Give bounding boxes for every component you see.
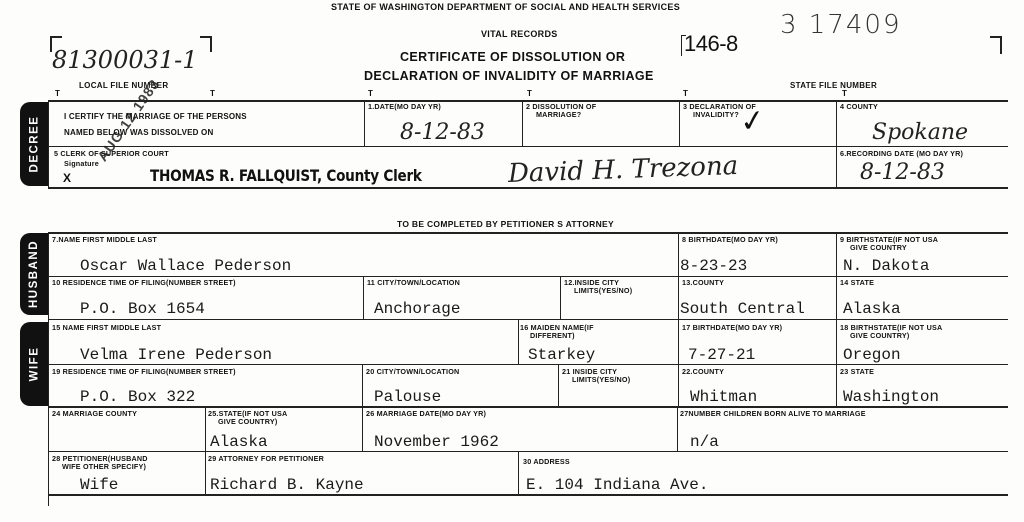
- local-file-number-value: 81300031-1: [52, 46, 198, 74]
- state-file-bracket-right: [990, 36, 1002, 54]
- state-file-number-label: STATE FILE NUMBER: [790, 81, 877, 90]
- decree-section-tab: DECREE: [20, 102, 48, 186]
- husband-city-label: 11 CITY/TOWN/LOCATION: [367, 279, 460, 287]
- divider: [836, 100, 837, 188]
- marriage-state-label: 25.STATE(IF NOT USA GIVE COUNTRY): [208, 410, 287, 425]
- wife-maiden-value[interactable]: Starkey: [528, 346, 595, 364]
- decree-tab-label: DECREE: [28, 116, 40, 173]
- wife-county-value[interactable]: Whitman: [690, 388, 757, 406]
- form-title-line1: CERTIFICATE OF DISSOLUTION OR: [400, 50, 625, 64]
- divider: [48, 276, 1008, 277]
- attorney-value[interactable]: Richard B. Kayne: [210, 476, 364, 494]
- divider: [48, 406, 1008, 408]
- divider: [678, 232, 679, 320]
- wife-city-label: 20 CITY/TOWN/LOCATION: [366, 368, 459, 376]
- husband-birthstate-value[interactable]: N. Dakota: [843, 257, 929, 275]
- husband-residence-label: 10 RESIDENCE TIME OF FILING(NUMBER STREE…: [52, 279, 236, 287]
- signature-label: Signature: [64, 160, 99, 168]
- tick-mark: T: [368, 89, 373, 98]
- clerk-typed-name: THOMAS R. FALLQUIST, County Clerk: [150, 166, 422, 185]
- husband-birthdate-label: 8 BIRTHDATE(MO DAY YR): [682, 236, 778, 244]
- husband-county-value[interactable]: South Central: [680, 300, 805, 318]
- certify-text-line1: I CERTIFY THE MARRIAGE OF THE PERSONS: [64, 113, 247, 121]
- divider: [677, 406, 678, 452]
- divider: [48, 494, 1008, 496]
- state-file-number-value: 3 17409: [780, 10, 902, 40]
- divider: [48, 364, 1008, 365]
- signature-x-mark: X: [63, 171, 71, 185]
- husband-birthdate-value[interactable]: 8-23-23: [680, 257, 747, 275]
- tick-mark: T: [210, 89, 215, 98]
- wife-birthdate-value[interactable]: 7-27-21: [688, 346, 755, 364]
- dissolution-date-label: 1.DATE(MO DAY YR): [368, 103, 441, 111]
- husband-birthstate-label: 9 BIRTHSTATE(IF NOT USA GIVE COUNTRY: [840, 236, 938, 251]
- wife-state-label: 23 STATE: [840, 368, 874, 376]
- tick-mark: T: [683, 89, 688, 98]
- husband-state-label: 14 STATE: [840, 279, 874, 287]
- address-value[interactable]: E. 104 Indiana Ave.: [526, 476, 708, 494]
- husband-section-tab: HUSBAND: [20, 233, 48, 315]
- decree-county-label: 4 COUNTY: [840, 103, 878, 111]
- wife-state-value[interactable]: Washington: [843, 388, 939, 406]
- wife-name-label: 15 NAME FIRST MIDDLE LAST: [52, 324, 161, 332]
- divider: [48, 100, 49, 188]
- petitioner-value[interactable]: Wife: [80, 476, 118, 494]
- husband-city-value[interactable]: Anchorage: [374, 300, 460, 318]
- marriage-county-label: 24 MARRIAGE COUNTY: [52, 410, 137, 418]
- form-number: 146-8: [684, 31, 738, 57]
- department-heading: STATE OF WASHINGTON DEPARTMENT OF SOCIAL…: [331, 2, 680, 12]
- clerk-label: 5 CLERK OF SUPERIOR COURT: [54, 150, 169, 158]
- wife-birthstate-label: 18 BIRTHSTATE(IF NOT USA GIVE COUNTRY): [840, 324, 942, 339]
- divider: [48, 232, 1008, 234]
- husband-residence-value[interactable]: P.O. Box 1654: [80, 300, 205, 318]
- husband-state-value[interactable]: Alaska: [843, 300, 901, 318]
- divider: [678, 320, 679, 407]
- husband-tab-label: HUSBAND: [28, 240, 40, 308]
- wife-county-label: 22.COUNTY: [682, 368, 724, 376]
- wife-birthstate-value[interactable]: Oregon: [843, 346, 901, 364]
- divider: [363, 276, 364, 320]
- dissolution-of-marriage-field[interactable]: [540, 120, 670, 142]
- divider: [679, 100, 680, 147]
- recording-date-label: 6.RECORDING DATE (MO DAY YR): [840, 150, 963, 158]
- divider: [48, 232, 49, 506]
- attorney-label: 29 ATTORNEY FOR PETITIONER: [208, 455, 324, 463]
- local-file-bracket-right: [200, 36, 212, 52]
- wife-inside-city-label: 21 INSIDE CITY LIMITS(YES/NO): [562, 368, 630, 383]
- divider: [364, 100, 365, 147]
- husband-name-value[interactable]: Oscar Wallace Pederson: [80, 257, 291, 275]
- divider: [205, 406, 206, 495]
- tick-mark: T: [842, 89, 847, 98]
- wife-residence-label: 19 RESIDENCE TIME OF FILING(NUMBER STREE…: [52, 368, 236, 376]
- dissolution-of-marriage-label: 2 DISSOLUTION OF MARRIAGE?: [526, 103, 596, 118]
- attorney-section-heading: TO BE COMPLETED BY PETITIONER S ATTORNEY: [397, 219, 614, 229]
- decree-county-value[interactable]: Spokane: [872, 120, 968, 145]
- marriage-state-value[interactable]: Alaska: [210, 433, 268, 451]
- divider: [518, 451, 519, 495]
- wife-city-value[interactable]: Palouse: [374, 388, 441, 406]
- marriage-date-value[interactable]: November 1962: [374, 433, 499, 451]
- form-title-line2: DECLARATION OF INVALIDITY OF MARRIAGE: [364, 69, 654, 83]
- dissolution-date-value[interactable]: 8-12-83: [400, 120, 485, 145]
- clerk-signature[interactable]: David H. Trezona: [508, 151, 739, 189]
- invalidity-checkmark[interactable]: ✓: [738, 102, 768, 140]
- divider: [48, 451, 1008, 452]
- divider: [836, 232, 837, 320]
- wife-residence-value[interactable]: P.O. Box 322: [80, 388, 195, 406]
- divider: [362, 364, 363, 407]
- divider: [362, 406, 363, 452]
- wife-tab-label: WIFE: [28, 347, 40, 382]
- recording-date-value[interactable]: 8-12-83: [860, 160, 945, 185]
- divider: [836, 320, 837, 407]
- children-count-label: 27NUMBER CHILDREN BORN ALIVE TO MARRIAGE: [680, 410, 866, 418]
- marriage-date-label: 26 MARRIAGE DATE(MO DAY YR): [366, 410, 486, 418]
- divider: [48, 319, 1008, 320]
- petitioner-label: 28 PETITIONER(HUSBAND WIFE OTHER SPECIFY…: [52, 455, 148, 470]
- children-count-value[interactable]: n/a: [690, 433, 719, 451]
- divider: [522, 100, 523, 147]
- wife-birthdate-label: 17 BIRTHDATE(MO DAY YR): [682, 324, 782, 332]
- husband-inside-city-label: 12.INSIDE CITY LIMITS(YES/NO): [564, 279, 632, 294]
- wife-section-tab: WIFE: [20, 322, 48, 406]
- wife-maiden-label: 16 MAIDEN NAME(IF DIFFERENT): [520, 324, 594, 339]
- divider: [558, 364, 559, 407]
- tick-mark: T: [527, 89, 532, 98]
- divider: [560, 276, 561, 320]
- husband-county-label: 13.COUNTY: [682, 279, 724, 287]
- address-label: 30 ADDRESS: [523, 458, 570, 466]
- certify-text-line2: NAMED BELOW WAS DISSOLVED ON: [64, 129, 213, 137]
- divider: [48, 146, 1008, 147]
- tick-mark: T: [55, 89, 60, 98]
- wife-name-value[interactable]: Velma Irene Pederson: [80, 346, 272, 364]
- husband-name-label: 7.NAME FIRST MIDDLE LAST: [52, 236, 157, 244]
- division-heading: VITAL RECORDS: [481, 29, 558, 39]
- divider: [518, 320, 519, 365]
